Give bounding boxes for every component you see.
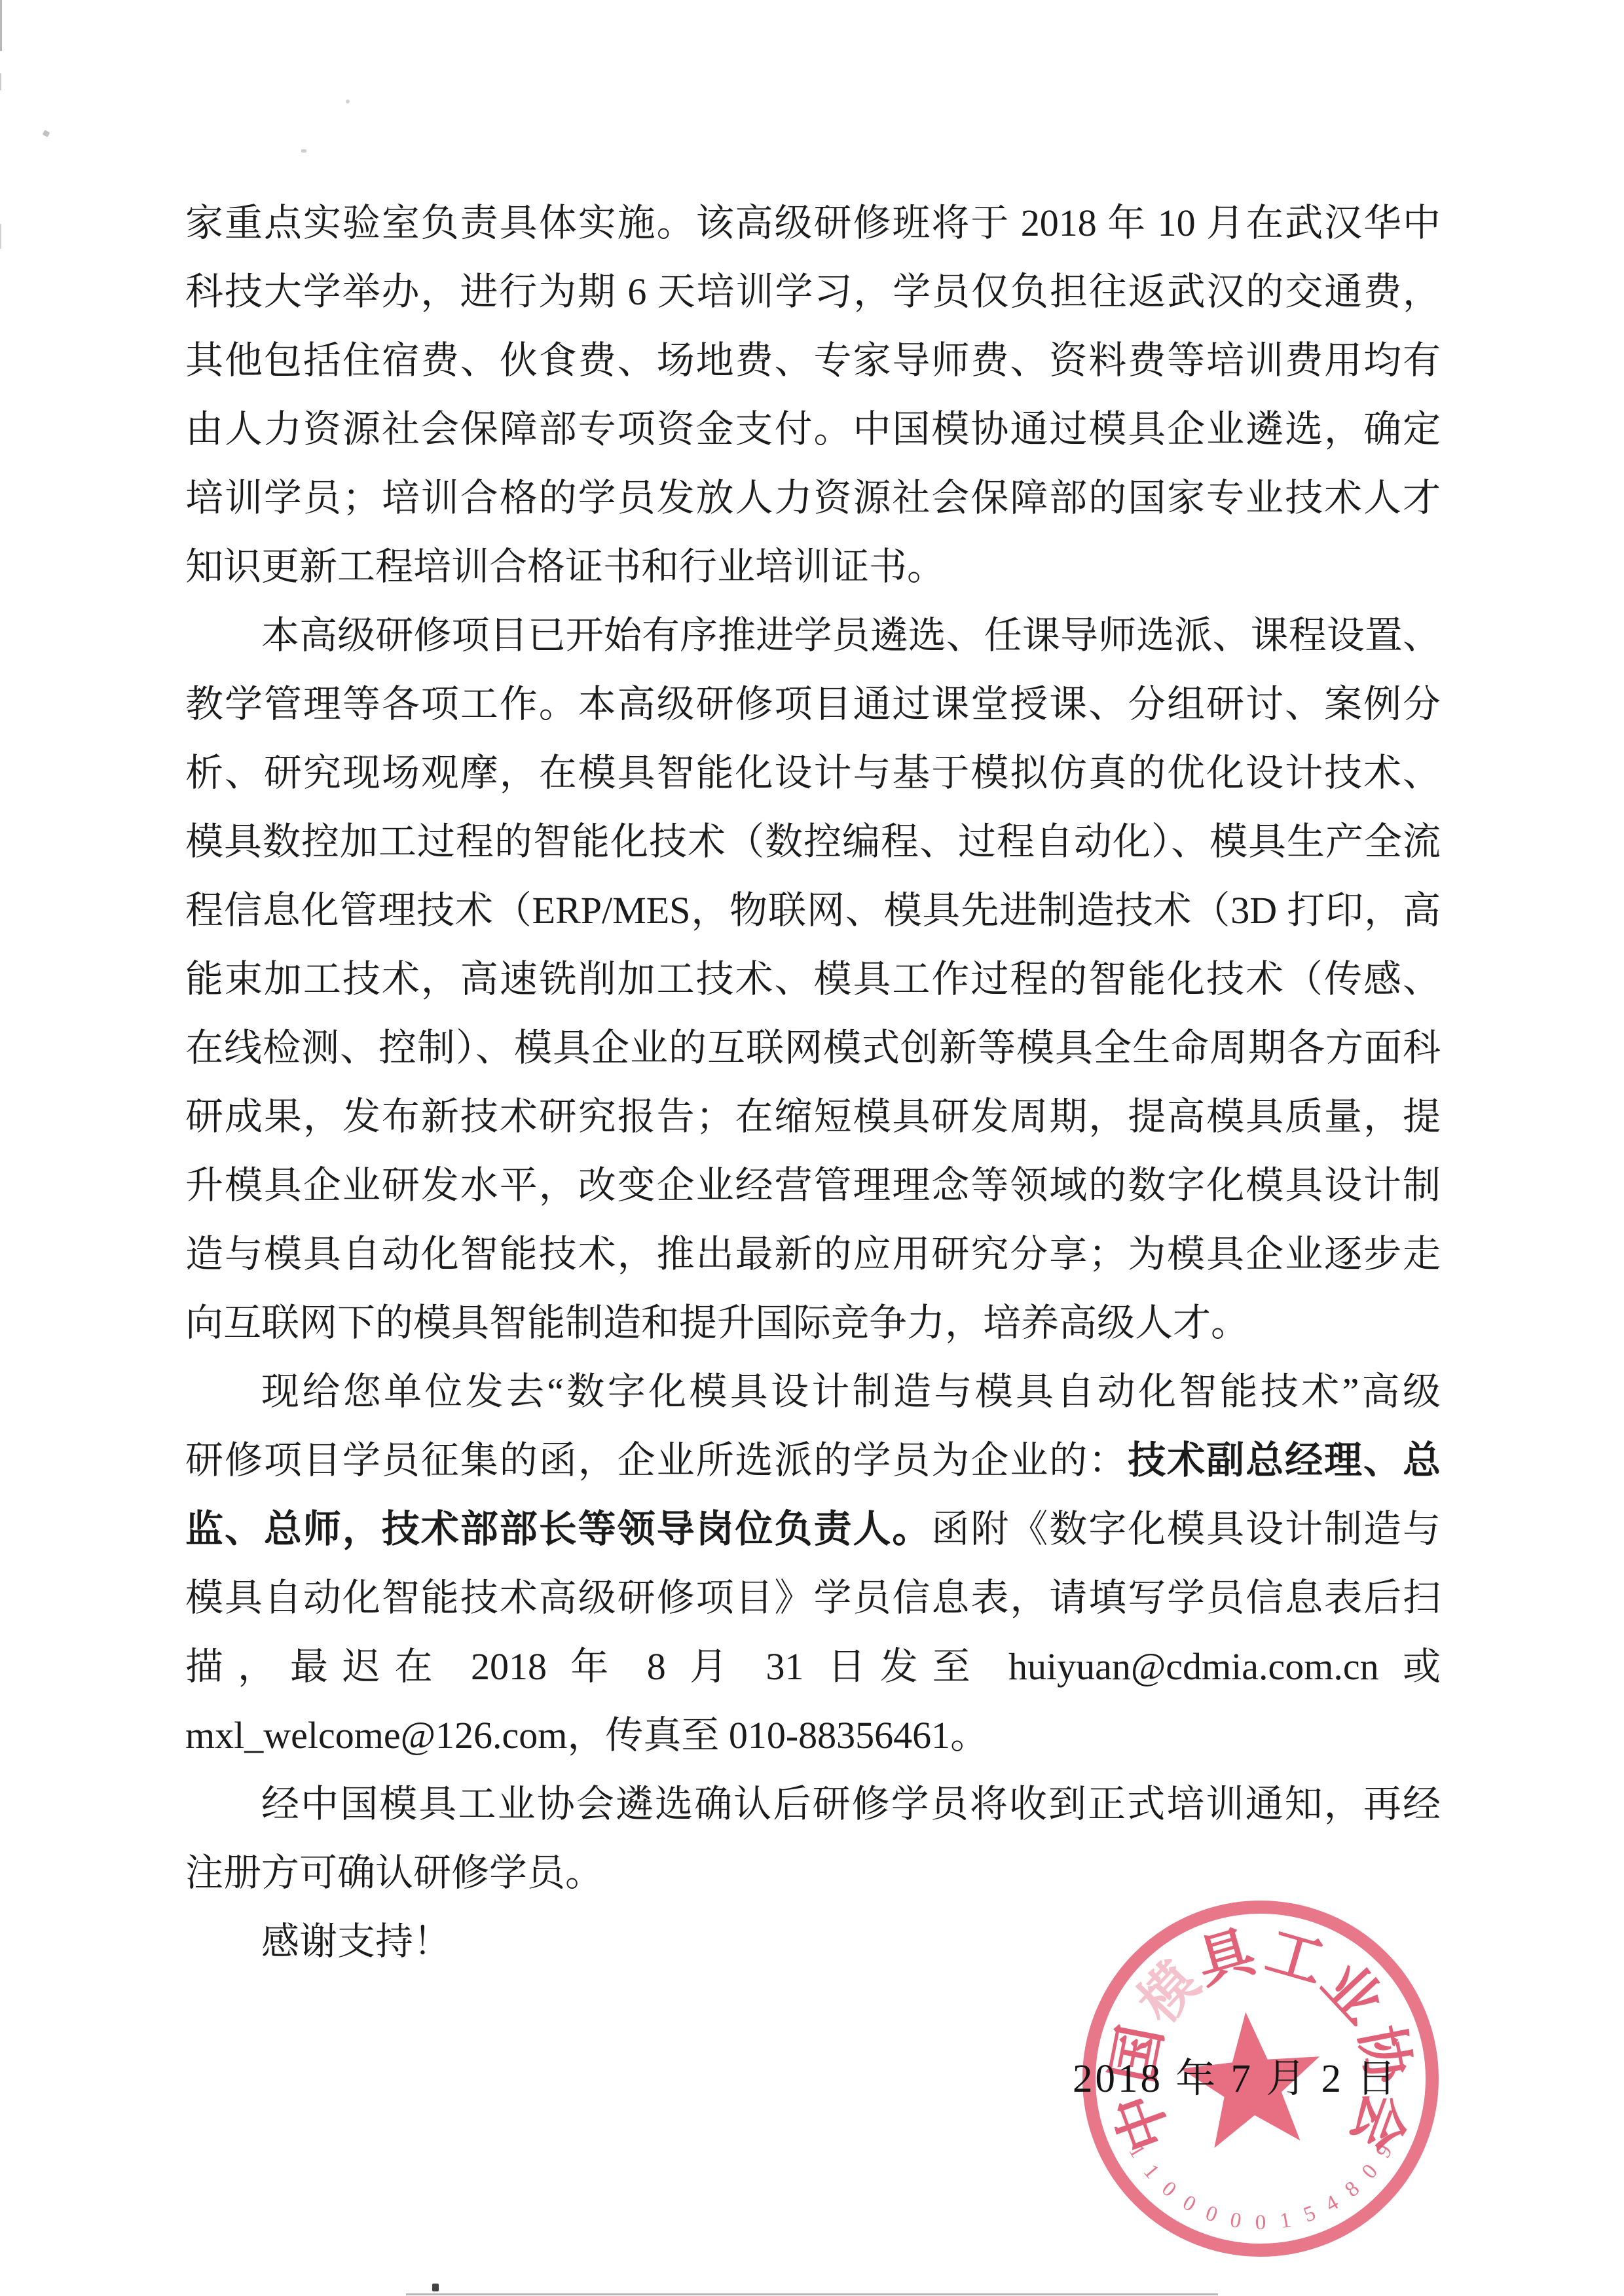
body-line: 研成果，发布新技术研究报告；在缩短模具研发周期，提高模具质量，提 — [185, 1082, 1441, 1151]
seal-serial-digit: 0 — [1251, 2212, 1270, 2234]
body-line: 其他包括住宿费、伙食费、场地费、专家导师费、资料费等培训费用均有 — [185, 326, 1441, 395]
body-line: 教学管理等各项工作。本高级研修项目通过课堂授课、分组研讨、案例分 — [185, 670, 1441, 738]
body-line: 模具自动化智能技术高级研修项目》学员信息表，请填写学员信息表后扫 — [185, 1563, 1441, 1632]
scan-artifact — [0, 0, 2, 51]
letter-body: 家重点实验室负责具体实施。该高级研修班将于 2018 年 10 月在武汉华中 科… — [185, 189, 1441, 1976]
body-line: mxl_welcome@126.com，传真至 010-88356461。 — [185, 1701, 1441, 1770]
body-line: 家重点实验室负责具体实施。该高级研修班将于 2018 年 10 月在武汉华中 — [185, 189, 1441, 257]
body-line: 向互联网下的模具智能制造和提升国际竞争力，培养高级人才。 — [185, 1288, 1441, 1357]
line-text: 模具数控加工过程的智能化技术（数控编程、过程自动化）、模具生产全流 — [185, 820, 1441, 863]
scanned-letter-page: 家重点实验室负责具体实施。该高级研修班将于 2018 年 10 月在武汉华中 科… — [0, 0, 1624, 2296]
body-line: 科技大学举办，进行为期 6 天培训学习，学员仅负担往返武汉的交通费， — [185, 257, 1441, 326]
body-line: 注册方可确认研修学员。 — [185, 1838, 1441, 1907]
line-text: 现给您单位发去“数字化模具设计制造与模具自动化智能技术”高级 — [261, 1370, 1441, 1413]
body-line: 模具数控加工过程的智能化技术（数控编程、过程自动化）、模具生产全流 — [185, 807, 1441, 876]
body-line: 描，最迟在 2018 年 8 月 31 日发至 huiyuan@cdmia.co… — [185, 1632, 1441, 1701]
body-line: 培训学员；培训合格的学员发放人力资源社会保障部的国家专业技术人才 — [185, 464, 1441, 532]
line-text: 研成果，发布新技术研究报告；在缩短模具研发周期，提高模具质量，提 — [185, 1095, 1441, 1138]
line-text: 教学管理等各项工作。本高级研修项目通过课堂授课、分组研讨、案例分 — [185, 683, 1441, 725]
body-line: 造与模具自动化智能技术，推出最新的应用研究分享；为模具企业逐步走 — [185, 1220, 1441, 1288]
line-text: 模具自动化智能技术高级研修项目》学员信息表，请填写学员信息表后扫 — [185, 1576, 1441, 1619]
date-text: 2018 年 7 月 2 日 — [1073, 2047, 1439, 2104]
line-text: 函附《数字化模具设计制造与 — [931, 1508, 1441, 1550]
body-line: 本高级研修项目已开始有序推进学员遴选、任课导师选派、课程设置、 — [185, 601, 1441, 670]
line-text: 程信息化管理技术（ERP/MES，物联网、模具先进制造技术（3D 打印，高 — [185, 889, 1441, 932]
line-text: 培训学员；培训合格的学员发放人力资源社会保障部的国家专业技术人才 — [185, 477, 1441, 519]
line-text: 科技大学举办，进行为期 6 天培训学习，学员仅负担往返武汉的交通费， — [185, 270, 1441, 313]
line-text: 本高级研修项目已开始有序推进学员遴选、任课导师选派、课程设置、 — [261, 614, 1441, 657]
body-line: 析、研究现场观摩，在模具智能化设计与基于模拟仿真的优化设计技术、 — [185, 738, 1441, 807]
line-text: 经中国模具工业协会遴选确认后研修学员将收到正式培训通知，再经 — [261, 1783, 1441, 1825]
body-line: 在线检测、控制）、模具企业的互联网模式创新等模具全生命周期各方面科 — [185, 1013, 1441, 1082]
line-text: 描，最迟在 2018 年 8 月 31 日发至 huiyuan@cdmia.co… — [185, 1645, 1441, 1688]
body-line: 能束加工技术，高速铣削加工技术、模具工作过程的智能化技术（传感、 — [185, 945, 1441, 1013]
body-line: 监、总师，技术部部长等领导岗位负责人。函附《数字化模具设计制造与 — [185, 1495, 1441, 1563]
scan-artifact — [0, 224, 1, 249]
line-text: 其他包括住宿费、伙食费、场地费、专家导师费、资料费等培训费用均有 — [185, 339, 1441, 382]
line-text: 能束加工技术，高速铣削加工技术、模具工作过程的智能化技术（传感、 — [185, 958, 1441, 1000]
scan-artifact — [0, 73, 1, 90]
scan-artifact — [346, 100, 350, 103]
body-line: 经中国模具工业协会遴选确认后研修学员将收到正式培训通知，再经 — [185, 1770, 1441, 1838]
line-text: 析、研究现场观摩，在模具智能化设计与基于模拟仿真的优化设计技术、 — [185, 752, 1441, 794]
body-line: 研修项目学员征集的函，企业所选派的学员为企业的：技术副总经理、总 — [185, 1426, 1441, 1495]
body-line: 现给您单位发去“数字化模具设计制造与模具自动化智能技术”高级 — [185, 1357, 1441, 1426]
line-text: 感谢支持！ — [261, 1920, 451, 1963]
line-text: 造与模具自动化智能技术，推出最新的应用研究分享；为模具企业逐步走 — [185, 1233, 1441, 1275]
scan-artifact — [301, 149, 306, 153]
line-text: 向互联网下的模具智能制造和提升国际竞争力，培养高级人才。 — [185, 1302, 1249, 1344]
line-text: 知识更新工程培训合格证书和行业培训证书。 — [185, 545, 945, 588]
scan-artifact — [406, 2293, 1218, 2295]
line-text: mxl_welcome@126.com，传真至 010-88356461。 — [185, 1714, 988, 1757]
body-line: 升模具企业研发水平，改变企业经营管理理念等领域的数字化模具设计制 — [185, 1151, 1441, 1220]
line-text: 在线检测、控制）、模具企业的互联网模式创新等模具全生命周期各方面科 — [185, 1027, 1441, 1069]
line-text-bold: 技术副总经理、总 — [1128, 1439, 1441, 1482]
line-text: 升模具企业研发水平，改变企业经营管理理念等领域的数字化模具设计制 — [185, 1164, 1441, 1207]
seal-serial-digit: 0 — [1224, 2208, 1247, 2234]
line-text: 家重点实验室负责具体实施。该高级研修班将于 2018 年 10 月在武汉华中 — [185, 202, 1441, 244]
line-text-bold: 监、总师，技术部部长等领导岗位负责人。 — [185, 1508, 931, 1550]
scan-artifact — [43, 130, 50, 137]
seal-serial-digit: 1 — [1274, 2208, 1297, 2234]
body-line: 程信息化管理技术（ERP/MES，物联网、模具先进制造技术（3D 打印，高 — [185, 876, 1441, 945]
body-line: 由人力资源社会保障部专项资金支付。中国模协通过模具企业遴选，确定 — [185, 395, 1441, 464]
line-text: 注册方可确认研修学员。 — [185, 1851, 603, 1894]
line-text: 研修项目学员征集的函，企业所选派的学员为企业的： — [185, 1439, 1128, 1482]
body-line: 知识更新工程培训合格证书和行业培训证书。 — [185, 532, 1441, 601]
scan-artifact — [432, 2284, 439, 2291]
line-text: 由人力资源社会保障部专项资金支付。中国模协通过模具企业遴选，确定 — [185, 408, 1441, 450]
